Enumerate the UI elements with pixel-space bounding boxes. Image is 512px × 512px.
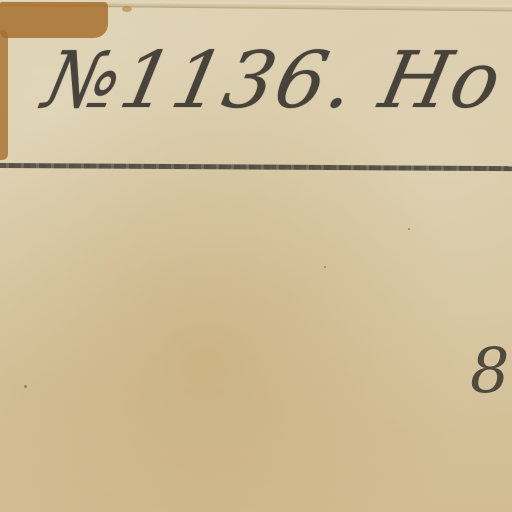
paper-speck [408,228,410,230]
handwritten-margin-note: 8 [470,340,509,402]
handwritten-heading: №1136. Ho [38,42,509,120]
paper-speck [24,385,27,388]
paper-speck [324,266,326,268]
water-stain [0,2,108,38]
stain-spot [122,6,132,12]
water-stain-left-edge [0,30,8,160]
